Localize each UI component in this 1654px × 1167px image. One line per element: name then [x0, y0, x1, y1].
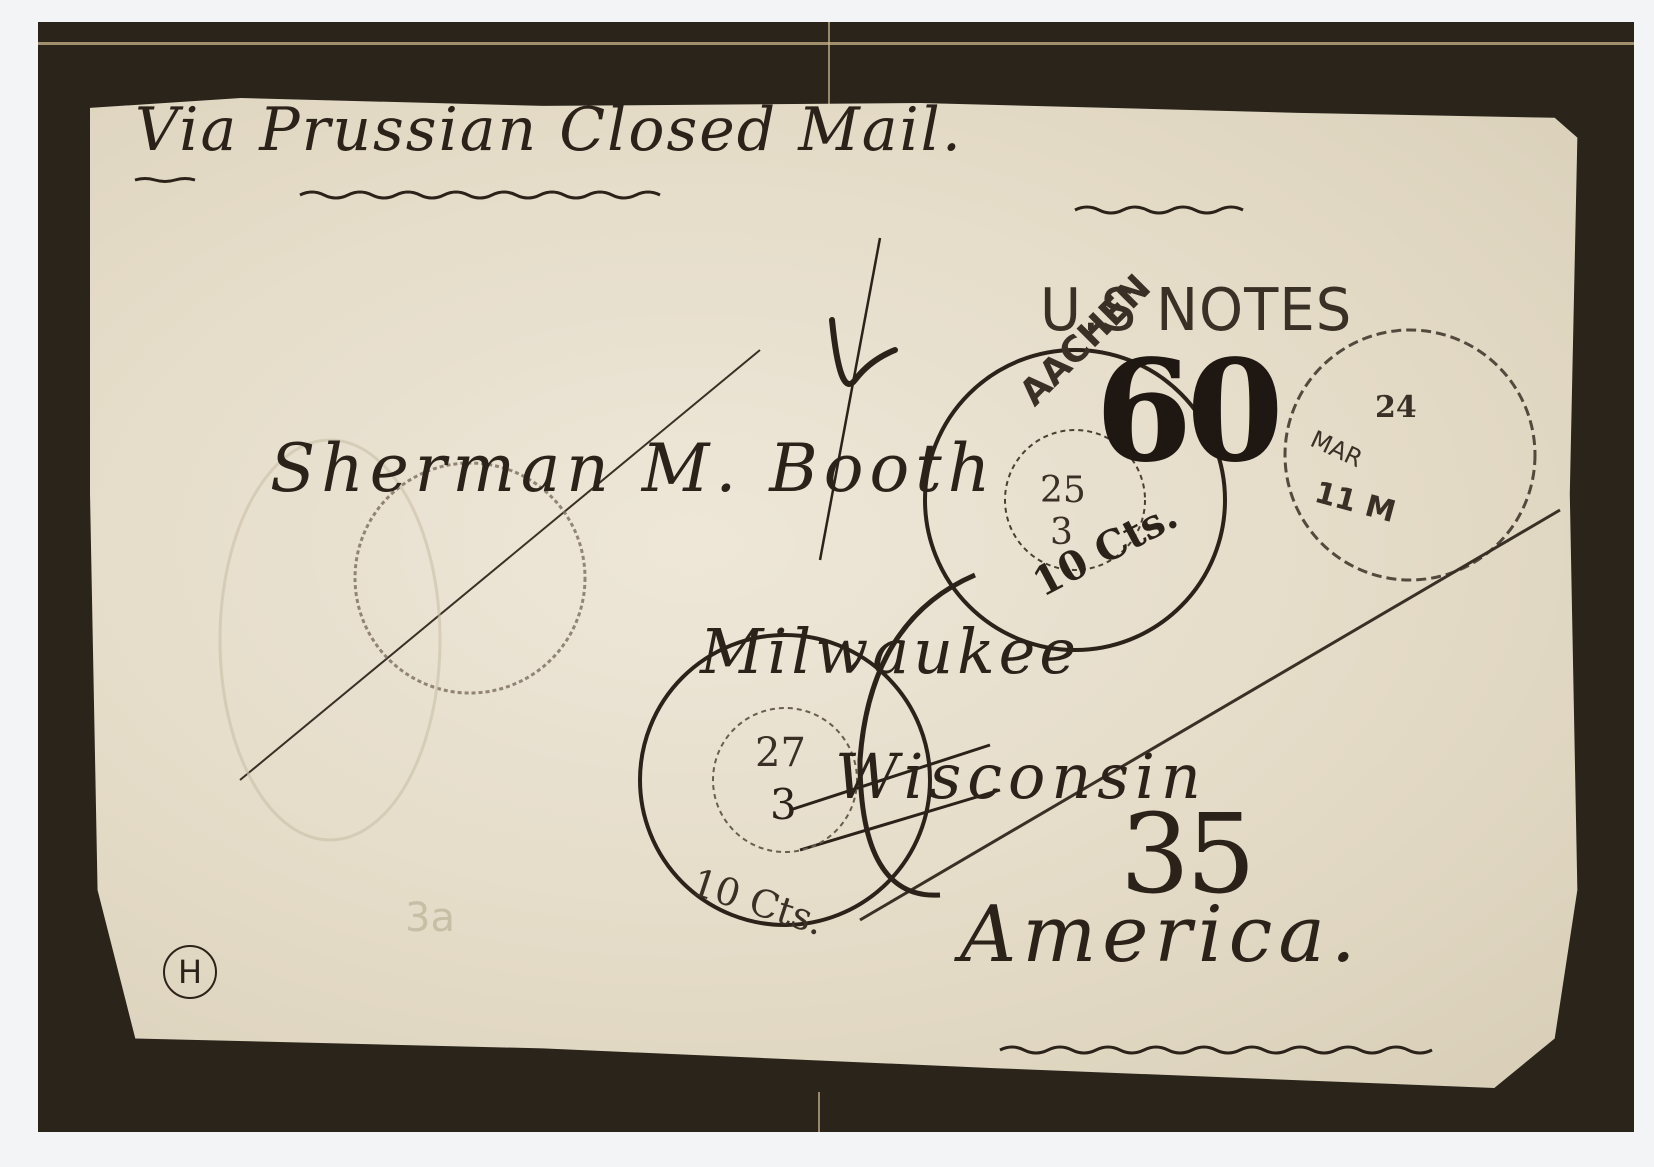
right-postmark-day: 24	[1375, 390, 1417, 425]
addressee-country: America.	[960, 890, 1362, 980]
aachen-postmark-day: 25	[1040, 470, 1086, 511]
collector-h-mark: H	[163, 945, 217, 999]
second-postmark-month: 3	[770, 780, 797, 829]
pen-strokes-and-postmarks	[0, 0, 1654, 1167]
addressee-name: Sherman M. Booth	[270, 430, 996, 507]
addressee-city: Milwaukee	[700, 615, 1080, 688]
routing-instruction: Via Prussian Closed Mail.	[135, 95, 963, 165]
rate-handstamp-60: 60	[1095, 330, 1278, 494]
second-postmark-day: 27	[755, 730, 806, 776]
pencil-note: 3a	[405, 895, 455, 941]
